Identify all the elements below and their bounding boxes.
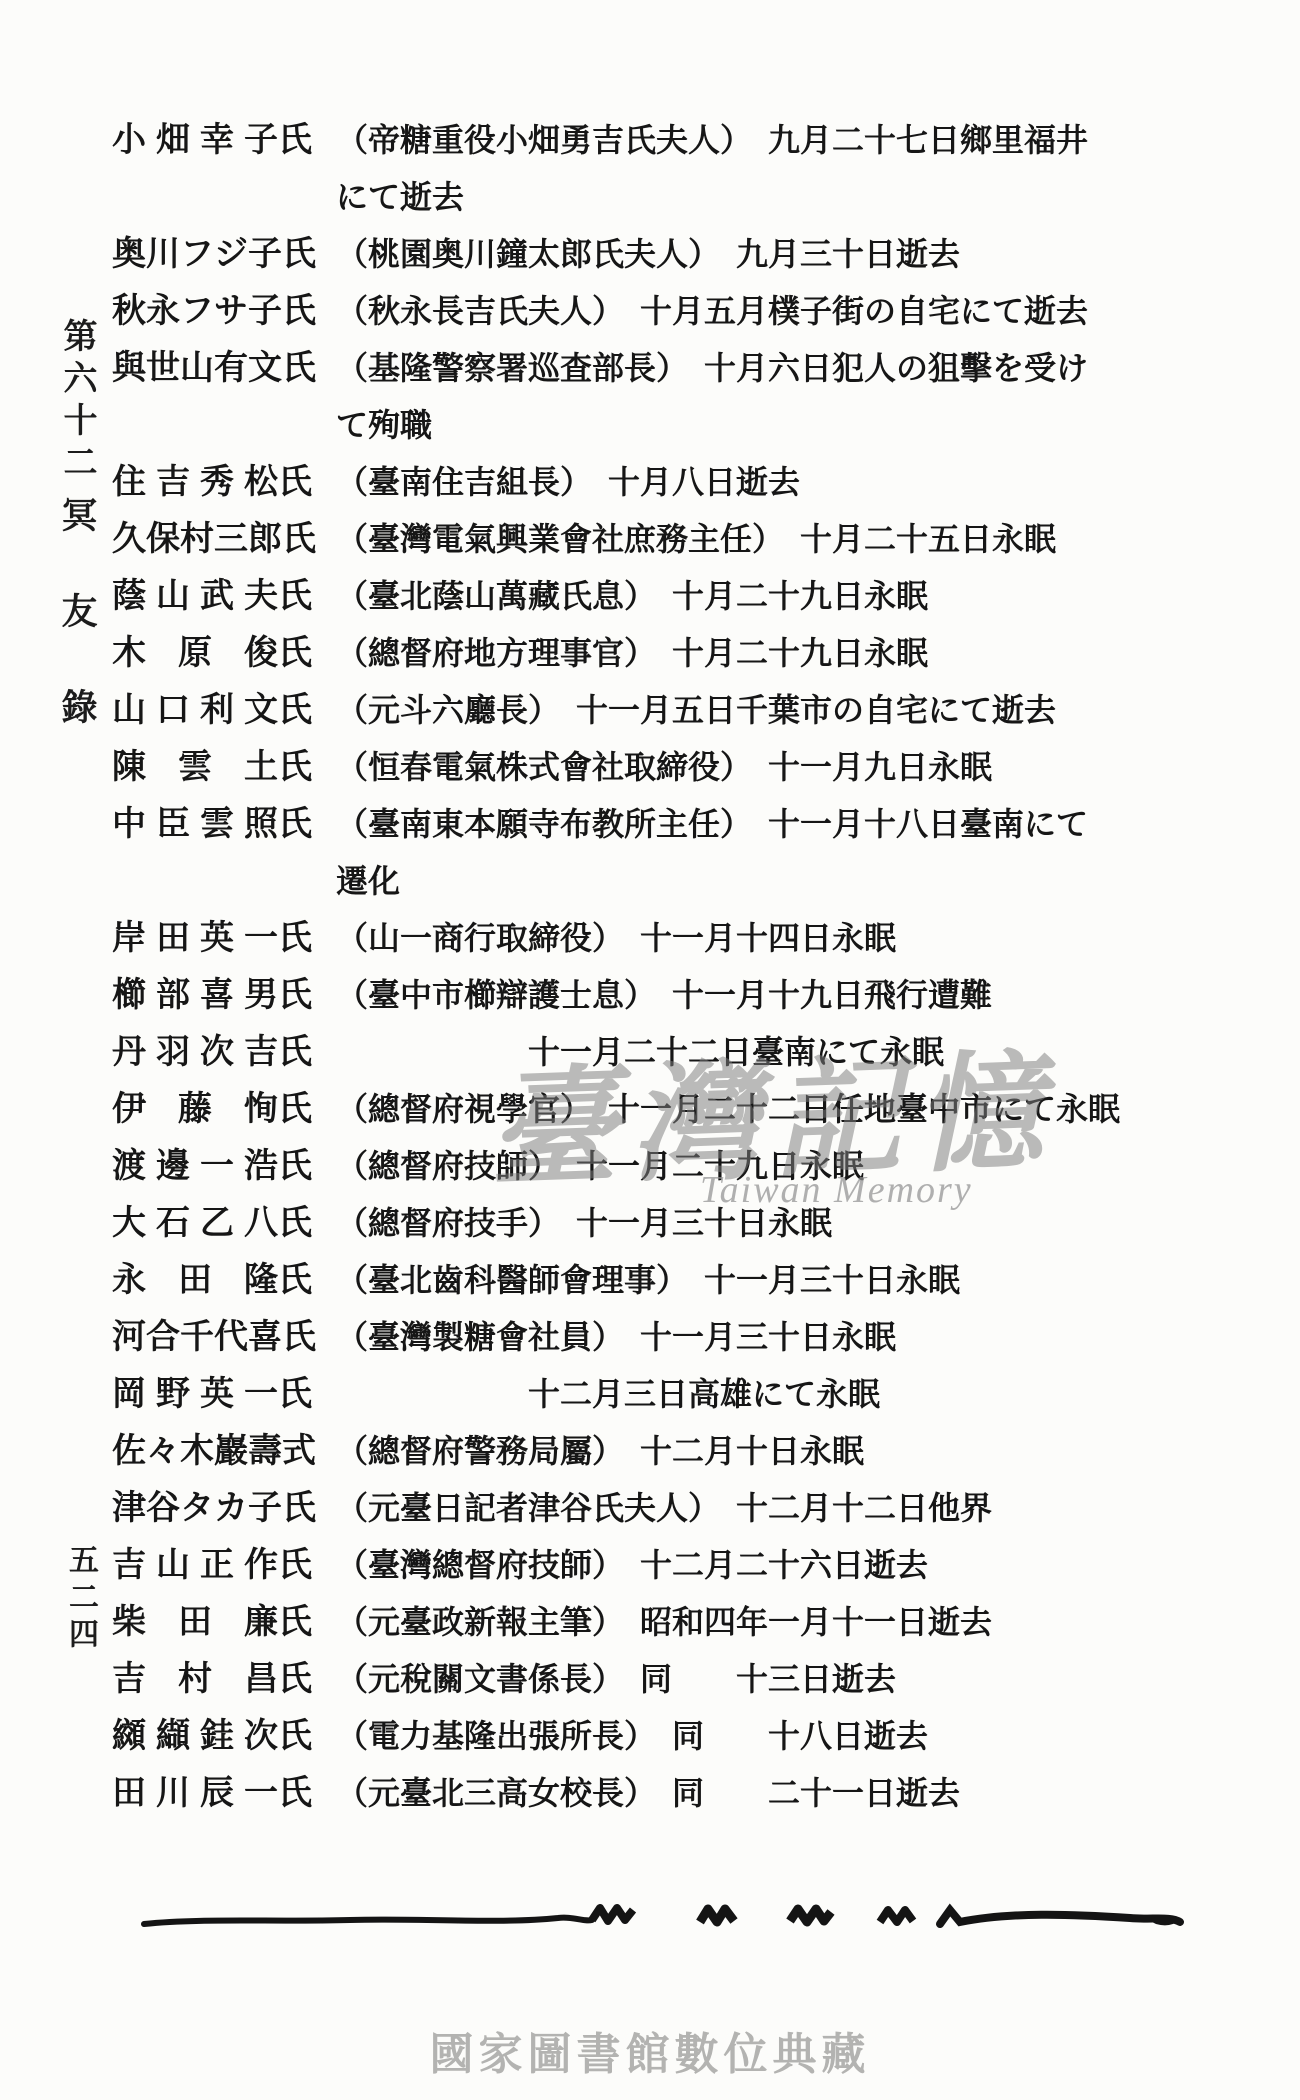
- name-part: 昌氏: [244, 1651, 312, 1708]
- detail-line: （帝糖重役小畑勇吉氏夫人） 九月二十七日鄉里福井: [336, 112, 1088, 169]
- entry-name: 蔭山武夫氏: [112, 568, 312, 625]
- entry-detail: （臺南東本願寺布教所主任） 十一月十八日臺南にて遷化: [336, 796, 1088, 910]
- name-part: 田: [112, 1765, 146, 1822]
- entry-row: 與世山有文氏 （基隆警察署巡査部長） 十月六日犯人の狙擊を受けて殉職: [112, 340, 1212, 454]
- detail-line: （總督府技師） 十一月二十九日永眠: [336, 1138, 864, 1195]
- name-part: 英: [200, 910, 234, 967]
- name-part: 次氏: [244, 1708, 312, 1765]
- entry-row: 山口利文氏 （元斗六廳長） 十一月五日千葉市の自宅にて逝去: [112, 682, 1212, 739]
- page-number: 五二四: [58, 1544, 102, 1655]
- name-part: 田: [178, 1252, 212, 1309]
- detail-line: （臺中市櫛辯護士息） 十一月十九日飛行遭難: [336, 967, 992, 1024]
- name-part: 丹: [112, 1024, 146, 1081]
- name-part: 千: [180, 1309, 214, 1366]
- entry-detail: （總督府視學官） 十一月二十二日任地臺中市にて永眠: [336, 1081, 1120, 1138]
- entry-detail: （臺南住吉組長） 十月八日逝去: [336, 454, 800, 511]
- name-part: 石: [156, 1195, 190, 1252]
- name-part: 正: [200, 1537, 234, 1594]
- name-part: 辰: [200, 1765, 234, 1822]
- detail-line: （臺南東本願寺布教所主任） 十一月十八日臺南にて: [336, 796, 1088, 853]
- name-part: 羽: [156, 1024, 190, 1081]
- entry-row: 田川辰一氏 （元臺北三高女校長） 同 二十一日逝去: [112, 1765, 1212, 1822]
- detail-line: （總督府地方理事官） 十月二十九日永眠: [336, 625, 928, 682]
- entry-detail: （元斗六廳長） 十一月五日千葉市の自宅にて逝去: [336, 682, 1056, 739]
- entry-detail: （基隆警察署巡査部長） 十月六日犯人の狙擊を受けて殉職: [336, 340, 1088, 454]
- detail-line: （元斗六廳長） 十一月五日千葉市の自宅にて逝去: [336, 682, 1056, 739]
- name-part: ジ: [214, 226, 248, 283]
- name-part: 野: [156, 1366, 190, 1423]
- entry-detail: （帝糖重役小畑勇吉氏夫人） 九月二十七日鄉里福井にて逝去: [336, 112, 1088, 226]
- entry-detail: （元臺北三高女校長） 同 二十一日逝去: [336, 1765, 960, 1822]
- entry-name: 陳雲土氏: [112, 739, 312, 796]
- detail-line: （元稅關文書係長） 同 十三日逝去: [336, 1651, 896, 1708]
- entry-row: 奥川フジ子氏 （桃園奥川鐘太郎氏夫人） 九月三十日逝去: [112, 226, 1212, 283]
- name-part: 巖: [214, 1423, 248, 1480]
- name-part: 代: [214, 1309, 248, 1366]
- name-part: 纐: [112, 1708, 146, 1765]
- entry-row: 吉村昌氏 （元稅關文書係長） 同 十三日逝去: [112, 1651, 1212, 1708]
- name-part: 松氏: [244, 454, 312, 511]
- name-part: 部: [156, 967, 190, 1024]
- entry-name: 柴田廉氏: [112, 1594, 312, 1651]
- name-part: 子氏: [248, 1480, 316, 1537]
- detail-line: （元臺日記者津谷氏夫人） 十二月十二日他界: [336, 1480, 992, 1537]
- detail-line: （臺南住吉組長） 十月八日逝去: [336, 454, 800, 511]
- name-part: 喜氏: [248, 1309, 316, 1366]
- margin-book-title: 冥友錄: [52, 496, 103, 784]
- detail-line: て殉職: [336, 397, 1088, 454]
- name-part: 雲: [200, 796, 234, 853]
- entry-detail: （臺灣製糖會社員） 十一月三十日永眠: [336, 1309, 896, 1366]
- entry-row: 住吉秀松氏 （臺南住吉組長） 十月八日逝去: [112, 454, 1212, 511]
- name-part: 村: [178, 1651, 212, 1708]
- entry-row: 津谷タカ子氏 （元臺日記者津谷氏夫人） 十二月十二日他界: [112, 1480, 1212, 1537]
- name-part: 吉氏: [244, 1024, 312, 1081]
- name-part: 一氏: [244, 910, 312, 967]
- name-part: 山: [156, 1537, 190, 1594]
- name-part: 河: [112, 1309, 146, 1366]
- entry-detail: （電力基隆出張所長） 同 十八日逝去: [336, 1708, 928, 1765]
- name-part: 渡: [112, 1138, 146, 1195]
- entry-name: 山口利文氏: [112, 682, 312, 739]
- name-part: サ: [214, 283, 248, 340]
- entry-detail: （桃園奥川鐘太郎氏夫人） 九月三十日逝去: [336, 226, 960, 283]
- entry-detail: 十二月三日高雄にて永眠: [336, 1366, 880, 1423]
- name-part: 子氏: [244, 112, 312, 169]
- name-part: 子氏: [248, 283, 316, 340]
- name-part: 幸: [200, 112, 234, 169]
- detail-line: （總督府警務局屬） 十二月十日永眠: [336, 1423, 864, 1480]
- entry-name: 渡邊一浩氏: [112, 1138, 312, 1195]
- entry-detail: （臺灣電氣興業會社庶務主任） 十月二十五日永眠: [336, 511, 1056, 568]
- entry-detail: （臺中市櫛辯護士息） 十一月十九日飛行遭難: [336, 967, 992, 1024]
- entry-row: 久保村三郎氏 （臺灣電氣興業會社庶務主任） 十月二十五日永眠: [112, 511, 1212, 568]
- detail-line: （臺灣電氣興業會社庶務主任） 十月二十五日永眠: [336, 511, 1056, 568]
- name-part: 利: [200, 682, 234, 739]
- entry-name: 永田隆氏: [112, 1252, 312, 1309]
- name-part: 一氏: [244, 1366, 312, 1423]
- entry-name: 河合千代喜氏: [112, 1309, 312, 1366]
- detail-line: （山一商行取締役） 十一月十四日永眠: [336, 910, 896, 967]
- name-part: 原: [178, 625, 212, 682]
- entry-name: 丹羽次吉氏: [112, 1024, 312, 1081]
- entry-name: 久保村三郎氏: [112, 511, 312, 568]
- name-part: フ: [180, 283, 214, 340]
- name-part: 俊氏: [244, 625, 312, 682]
- name-part: 口: [156, 682, 190, 739]
- detail-line: （桃園奥川鐘太郎氏夫人） 九月三十日逝去: [336, 226, 960, 283]
- entry-row: 柴田廉氏 （元臺政新報主筆） 昭和四年一月十一日逝去: [112, 1594, 1212, 1651]
- entries-list: 小畑幸子氏 （帝糖重役小畑勇吉氏夫人） 九月二十七日鄉里福井にて逝去 奥川フジ子…: [112, 112, 1212, 1822]
- name-part: 吉: [156, 454, 190, 511]
- name-part: 山: [112, 682, 146, 739]
- name-part: 陳: [112, 739, 146, 796]
- entry-detail: （總督府警務局屬） 十二月十日永眠: [336, 1423, 864, 1480]
- name-part: 柴: [112, 1594, 146, 1651]
- margin-chapter-label: 第六十二: [52, 318, 101, 486]
- name-part: 中: [112, 796, 146, 853]
- name-part: 一氏: [244, 1765, 312, 1822]
- entry-row: 佐々木巖壽式 （總督府警務局屬） 十二月十日永眠: [112, 1423, 1212, 1480]
- entry-row: 岡野英一氏 十二月三日高雄にて永眠: [112, 1366, 1212, 1423]
- name-part: 有: [214, 340, 248, 397]
- entry-name: 岸田英一氏: [112, 910, 312, 967]
- scanned-obituary-page: 第六十二 冥友錄 五二四 小畑幸子氏 （帝糖重役小畑勇吉氏夫人） 九月二十七日鄉…: [0, 0, 1300, 2100]
- name-part: 川: [146, 226, 180, 283]
- name-part: 村: [180, 511, 214, 568]
- entry-row: 秋永フサ子氏 （秋永長吉氏夫人） 十月五月樸子街の自宅にて逝去: [112, 283, 1212, 340]
- name-part: 田: [178, 1594, 212, 1651]
- name-part: 男氏: [244, 967, 312, 1024]
- name-part: 次: [200, 1024, 234, 1081]
- name-part: 吉: [112, 1537, 146, 1594]
- name-part: 武: [200, 568, 234, 625]
- entry-row: 中臣雲照氏 （臺南東本願寺布教所主任） 十一月十八日臺南にて遷化: [112, 796, 1212, 910]
- name-part: 々: [146, 1423, 180, 1480]
- entry-name: 中臣雲照氏: [112, 796, 312, 853]
- entry-row: 陳雲土氏 （恒春電氣株式會社取締役） 十一月九日永眠: [112, 739, 1212, 796]
- entry-row: 木原俊氏 （總督府地方理事官） 十月二十九日永眠: [112, 625, 1212, 682]
- entry-name: 田川辰一氏: [112, 1765, 312, 1822]
- entry-name: 秋永フサ子氏: [112, 283, 312, 340]
- name-part: 土氏: [244, 739, 312, 796]
- entry-detail: （總督府技師） 十一月二十九日永眠: [336, 1138, 864, 1195]
- name-part: 蔭: [112, 568, 146, 625]
- name-part: 永: [112, 1252, 146, 1309]
- name-part: 照氏: [244, 796, 312, 853]
- name-part: 久: [112, 511, 146, 568]
- name-part: 銈: [200, 1708, 234, 1765]
- detail-line: （臺灣製糖會社員） 十一月三十日永眠: [336, 1309, 896, 1366]
- name-part: 大: [112, 1195, 146, 1252]
- name-part: 郎氏: [248, 511, 316, 568]
- name-part: 臣: [156, 796, 190, 853]
- name-part: 保: [146, 511, 180, 568]
- entry-name: 岡野英一氏: [112, 1366, 312, 1423]
- entry-detail: （元臺日記者津谷氏夫人） 十二月十二日他界: [336, 1480, 992, 1537]
- name-part: 子氏: [248, 226, 316, 283]
- name-part: 纈: [156, 1708, 190, 1765]
- detail-line: （臺北齒科醫師會理事） 十一月三十日永眠: [336, 1252, 960, 1309]
- name-part: 世: [146, 340, 180, 397]
- name-part: 岡: [112, 1366, 146, 1423]
- detail-line: （元臺北三高女校長） 同 二十一日逝去: [336, 1765, 960, 1822]
- detail-line: （恒春電氣株式會社取締役） 十一月九日永眠: [336, 739, 992, 796]
- entry-row: 丹羽次吉氏 十一月二十二日臺南にて永眠: [112, 1024, 1212, 1081]
- entry-detail: （元臺政新報主筆） 昭和四年一月十一日逝去: [336, 1594, 992, 1651]
- name-part: 秀: [200, 454, 234, 511]
- name-part: 佐: [112, 1423, 146, 1480]
- entry-name: 津谷タカ子氏: [112, 1480, 312, 1537]
- detail-line: （電力基隆出張所長） 同 十八日逝去: [336, 1708, 928, 1765]
- entry-name: 櫛部喜男氏: [112, 967, 312, 1024]
- detail-line: （臺灣總督府技師） 十二月二十六日逝去: [336, 1537, 928, 1594]
- detail-line: （總督府視學官） 十一月二十二日任地臺中市にて永眠: [336, 1081, 1120, 1138]
- entry-name: 纐纈銈次氏: [112, 1708, 312, 1765]
- detail-line: （秋永長吉氏夫人） 十月五月樸子街の自宅にて逝去: [336, 283, 1088, 340]
- detail-line: （總督府技手） 十一月三十日永眠: [336, 1195, 832, 1252]
- detail-line: （基隆警察署巡査部長） 十月六日犯人の狙擊を受け: [336, 340, 1088, 397]
- entry-name: 吉村昌氏: [112, 1651, 312, 1708]
- entry-detail: （臺北齒科醫師會理事） 十一月三十日永眠: [336, 1252, 960, 1309]
- entry-detail: （臺北蔭山萬藏氏息） 十月二十九日永眠: [336, 568, 928, 625]
- entry-detail: （元稅關文書係長） 同 十三日逝去: [336, 1651, 896, 1708]
- entry-row: 渡邊一浩氏 （總督府技師） 十一月二十九日永眠: [112, 1138, 1212, 1195]
- name-part: 夫氏: [244, 568, 312, 625]
- name-part: 岸: [112, 910, 146, 967]
- name-part: 伊: [112, 1081, 146, 1138]
- detail-line: 十一月二十二日臺南にて永眠: [336, 1024, 944, 1081]
- name-part: フ: [180, 226, 214, 283]
- footer-caption: 國家圖書館數位典藏: [0, 2018, 1300, 2082]
- entry-row: 吉山正作氏 （臺灣總督府技師） 十二月二十六日逝去: [112, 1537, 1212, 1594]
- entry-name: 吉山正作氏: [112, 1537, 312, 1594]
- name-part: 木: [112, 625, 146, 682]
- name-part: 英: [200, 1366, 234, 1423]
- name-part: 文氏: [244, 682, 312, 739]
- name-part: 三: [214, 511, 248, 568]
- entry-detail: （恒春電氣株式會社取締役） 十一月九日永眠: [336, 739, 992, 796]
- name-part: 壽式: [248, 1423, 316, 1480]
- name-part: 作氏: [244, 1537, 312, 1594]
- name-part: 谷: [146, 1480, 180, 1537]
- entry-name: 奥川フジ子氏: [112, 226, 312, 283]
- entry-name: 大石乙八氏: [112, 1195, 312, 1252]
- name-part: 山: [156, 568, 190, 625]
- entry-detail: （秋永長吉氏夫人） 十月五月樸子街の自宅にて逝去: [336, 283, 1088, 340]
- entry-row: 纐纈銈次氏 （電力基隆出張所長） 同 十八日逝去: [112, 1708, 1212, 1765]
- entry-row: 蔭山武夫氏 （臺北蔭山萬藏氏息） 十月二十九日永眠: [112, 568, 1212, 625]
- entry-row: 伊藤恂氏 （總督府視學官） 十一月二十二日任地臺中市にて永眠: [112, 1081, 1212, 1138]
- entry-row: 河合千代喜氏 （臺灣製糖會社員） 十一月三十日永眠: [112, 1309, 1212, 1366]
- entry-row: 大石乙八氏 （總督府技手） 十一月三十日永眠: [112, 1195, 1212, 1252]
- name-part: 浩氏: [244, 1138, 312, 1195]
- entry-row: 永田隆氏 （臺北齒科醫師會理事） 十一月三十日永眠: [112, 1252, 1212, 1309]
- entry-row: 岸田英一氏 （山一商行取締役） 十一月十四日永眠: [112, 910, 1212, 967]
- name-part: 一: [200, 1138, 234, 1195]
- name-part: 合: [146, 1309, 180, 1366]
- detail-line: （元臺政新報主筆） 昭和四年一月十一日逝去: [336, 1594, 992, 1651]
- name-part: 吉: [112, 1651, 146, 1708]
- name-part: 廉氏: [244, 1594, 312, 1651]
- name-part: 乙: [200, 1195, 234, 1252]
- entry-name: 木原俊氏: [112, 625, 312, 682]
- entry-name: 小畑幸子氏: [112, 112, 312, 169]
- name-part: 畑: [156, 112, 190, 169]
- entry-name: 伊藤恂氏: [112, 1081, 312, 1138]
- detail-line: にて逝去: [336, 169, 1088, 226]
- name-part: 隆氏: [244, 1252, 312, 1309]
- entry-name: 住吉秀松氏: [112, 454, 312, 511]
- name-part: 恂氏: [244, 1081, 312, 1138]
- name-part: 永: [146, 283, 180, 340]
- name-part: 文氏: [248, 340, 316, 397]
- entry-row: 小畑幸子氏 （帝糖重役小畑勇吉氏夫人） 九月二十七日鄉里福井にて逝去: [112, 112, 1212, 226]
- entry-detail: （總督府地方理事官） 十月二十九日永眠: [336, 625, 928, 682]
- entry-detail: （臺灣總督府技師） 十二月二十六日逝去: [336, 1537, 928, 1594]
- name-part: 喜: [200, 967, 234, 1024]
- entry-name: 佐々木巖壽式: [112, 1423, 312, 1480]
- name-part: タ: [180, 1480, 214, 1537]
- detail-line: 十二月三日高雄にて永眠: [336, 1366, 880, 1423]
- detail-line: 遷化: [336, 853, 1088, 910]
- name-part: 川: [156, 1765, 190, 1822]
- name-part: 邊: [156, 1138, 190, 1195]
- name-part: 八氏: [244, 1195, 312, 1252]
- entry-detail: （山一商行取締役） 十一月十四日永眠: [336, 910, 896, 967]
- name-part: 田: [156, 910, 190, 967]
- entry-name: 與世山有文氏: [112, 340, 312, 397]
- name-part: 雲: [178, 739, 212, 796]
- name-part: 櫛: [112, 967, 146, 1024]
- name-part: 奥: [112, 226, 146, 283]
- name-part: 秋: [112, 283, 146, 340]
- name-part: 與: [112, 340, 146, 397]
- entry-row: 櫛部喜男氏 （臺中市櫛辯護士息） 十一月十九日飛行遭難: [112, 967, 1212, 1024]
- decorative-rule: [140, 1896, 1185, 1940]
- name-part: 藤: [178, 1081, 212, 1138]
- name-part: 津: [112, 1480, 146, 1537]
- name-part: 山: [180, 340, 214, 397]
- name-part: 小: [112, 112, 146, 169]
- name-part: カ: [214, 1480, 248, 1537]
- detail-line: （臺北蔭山萬藏氏息） 十月二十九日永眠: [336, 568, 928, 625]
- name-part: 住: [112, 454, 146, 511]
- entry-detail: 十一月二十二日臺南にて永眠: [336, 1024, 944, 1081]
- name-part: 木: [180, 1423, 214, 1480]
- entry-detail: （總督府技手） 十一月三十日永眠: [336, 1195, 832, 1252]
